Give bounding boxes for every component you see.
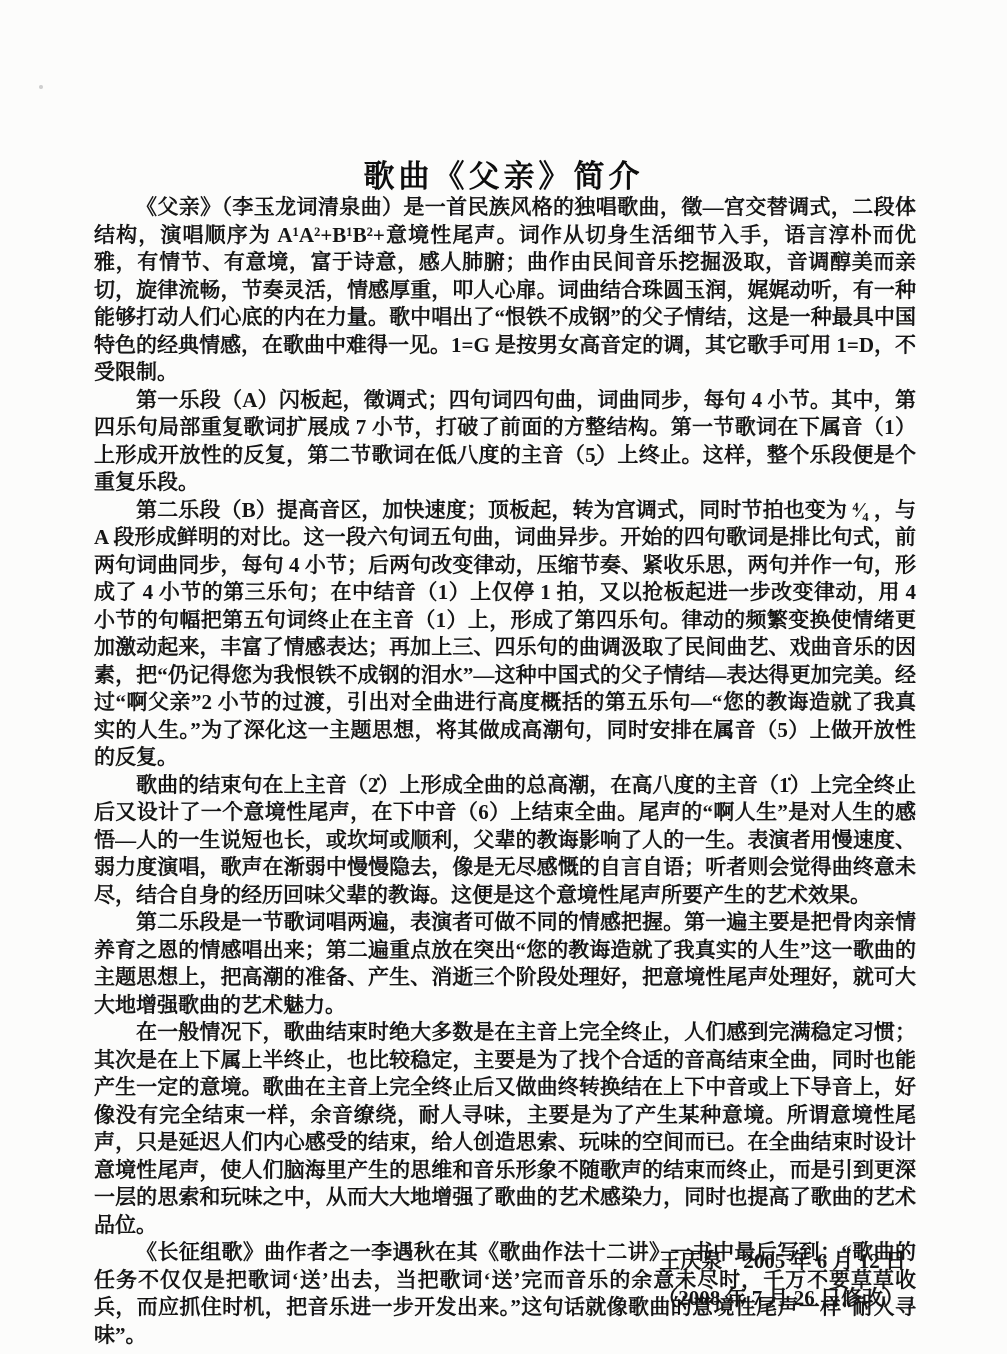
paragraph-ending-coda: 歌曲的结束句在上主音（2̇）上形成全曲的总高潮，在高八度的主音（1̇）上完全终止…: [94, 772, 916, 910]
page-title: 歌曲《父亲》简介: [0, 151, 1007, 196]
document-page: 歌曲《父亲》简介 《父亲》（李玉龙词清泉曲）是一首民族风格的独唱歌曲，徵—宫交替…: [0, 0, 1007, 1354]
paragraph-cadence: 在一般情况下，歌曲结束时绝大多数是在主音上完全终止，人们感到完满稳定习惯；其次是…: [94, 1019, 916, 1239]
signature-block: 王庆泉 2005 年 6 月 12 日 （2008 年 7 月 26 日修改）: [657, 1243, 906, 1317]
paragraph-intro: 《父亲》（李玉龙词清泉曲）是一首民族风格的独唱歌曲，徵—宫交替调式，二段体结构，…: [94, 194, 916, 387]
signature-revision: （2008 年 7 月 26 日修改）: [657, 1280, 906, 1317]
paragraph-performance: 第二乐段是一节歌词唱两遍，表演者可做不同的情感把握。第一遍主要是把骨肉亲情养育之…: [94, 909, 916, 1019]
scan-speckle: [39, 85, 43, 89]
signature-author-date: 王庆泉 2005 年 6 月 12 日: [657, 1243, 906, 1280]
paragraph-section-b: 第二乐段（B）提高音区，加快速度；顶板起，转为宫调式，同时节拍也变为 ⁴⁄₄ ，…: [94, 497, 916, 772]
paragraph-section-a: 第一乐段（A）闪板起，徵调式；四句词四句曲，词曲同步，每句 4 小节。其中，第四…: [94, 387, 916, 497]
document-body: 《父亲》（李玉龙词清泉曲）是一首民族风格的独唱歌曲，徵—宫交替调式，二段体结构，…: [94, 194, 916, 1349]
